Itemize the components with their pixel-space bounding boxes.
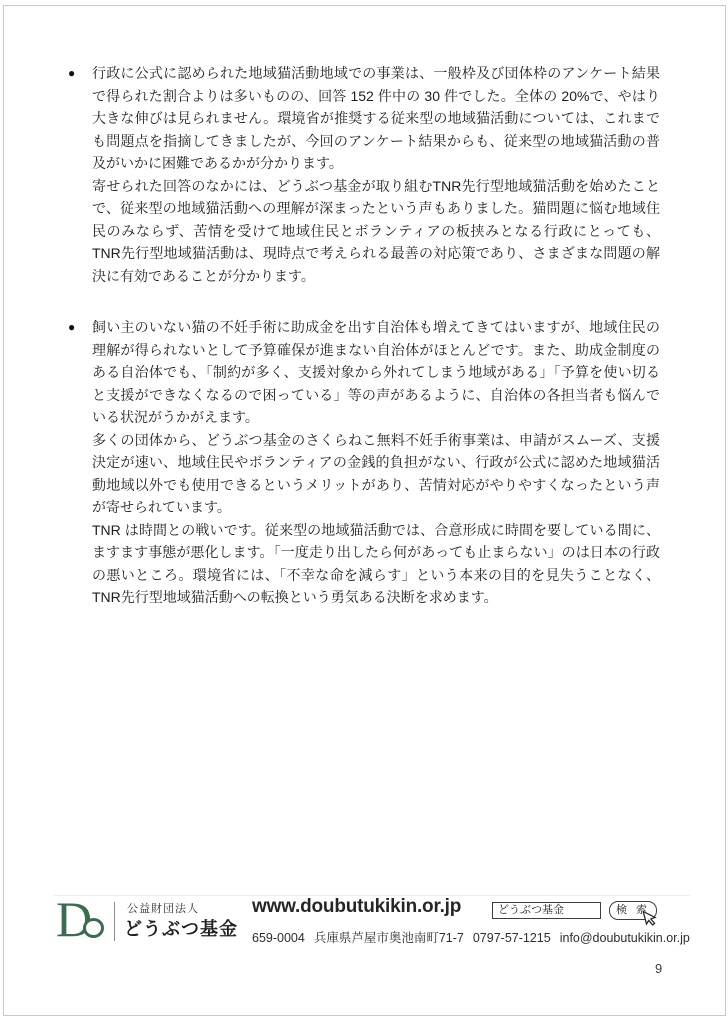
contact-info-line: 659-0004兵庫県芦屋市奥池南町71-70797-57-1215info@d… [252, 928, 690, 946]
organization-name: どうぶつ基金 [124, 915, 238, 941]
document-page: ● 行政に公式に認められた地域猫活動地域での事業は、一般枠及び団体枠のアンケート… [0, 0, 728, 1024]
organization-type-label: 公益財団法人 [127, 900, 199, 916]
doubutsu-kikin-logo: D [56, 897, 108, 947]
logo-circle-icon [83, 918, 104, 938]
paragraph: 多くの団体から、どうぶつ基金のさくらねこ無料不妊手術事業は、申請がスムーズ、支援… [92, 429, 660, 519]
paragraph: TNR は時間との戦いです。従来型の地域猫活動では、合意形成に時間を要している間… [92, 519, 660, 609]
bullet-icon: ● [68, 316, 92, 609]
bullet-item: ● 飼い主のいない猫の不妊手術に助成金を出す自治体も増えてきてはいますが、地域住… [68, 316, 660, 609]
phone-number: 0797-57-1215 [473, 931, 551, 945]
email-address: info@doubutukikin.or.jp [560, 931, 690, 945]
document-body: ● 行政に公式に認められた地域猫活動地域での事業は、一般枠及び団体枠のアンケート… [68, 62, 660, 609]
paragraph: 寄せられた回答のなかには、どうぶつ基金が取り組むTNR先行型地域猫活動を始めたこ… [92, 175, 660, 288]
bullet-text: 行政に公式に認められた地域猫活動地域での事業は、一般枠及び団体枠のアンケート結果… [92, 62, 660, 287]
bullet-text: 飼い主のいない猫の不妊手術に助成金を出す自治体も増えてきてはいますが、地域住民の… [92, 316, 660, 609]
bullet-item: ● 行政に公式に認められた地域猫活動地域での事業は、一般枠及び団体枠のアンケート… [68, 62, 660, 287]
street-address: 兵庫県芦屋市奥池南町71-7 [314, 931, 464, 945]
website-url: www.doubutukikin.or.jp [252, 896, 461, 918]
paragraph: 行政に公式に認められた地域猫活動地域での事業は、一般枠及び団体枠のアンケート結果… [92, 62, 660, 175]
mouse-cursor-icon [642, 907, 661, 927]
search-input-graphic: どうぶつ基金 [492, 902, 601, 919]
logo-separator-line [114, 902, 115, 941]
bullet-icon: ● [68, 62, 92, 287]
postal-code: 659-0004 [252, 931, 305, 945]
page-number: 9 [655, 961, 662, 976]
paragraph: 飼い主のいない猫の不妊手術に助成金を出す自治体も増えてきてはいますが、地域住民の… [92, 316, 660, 429]
